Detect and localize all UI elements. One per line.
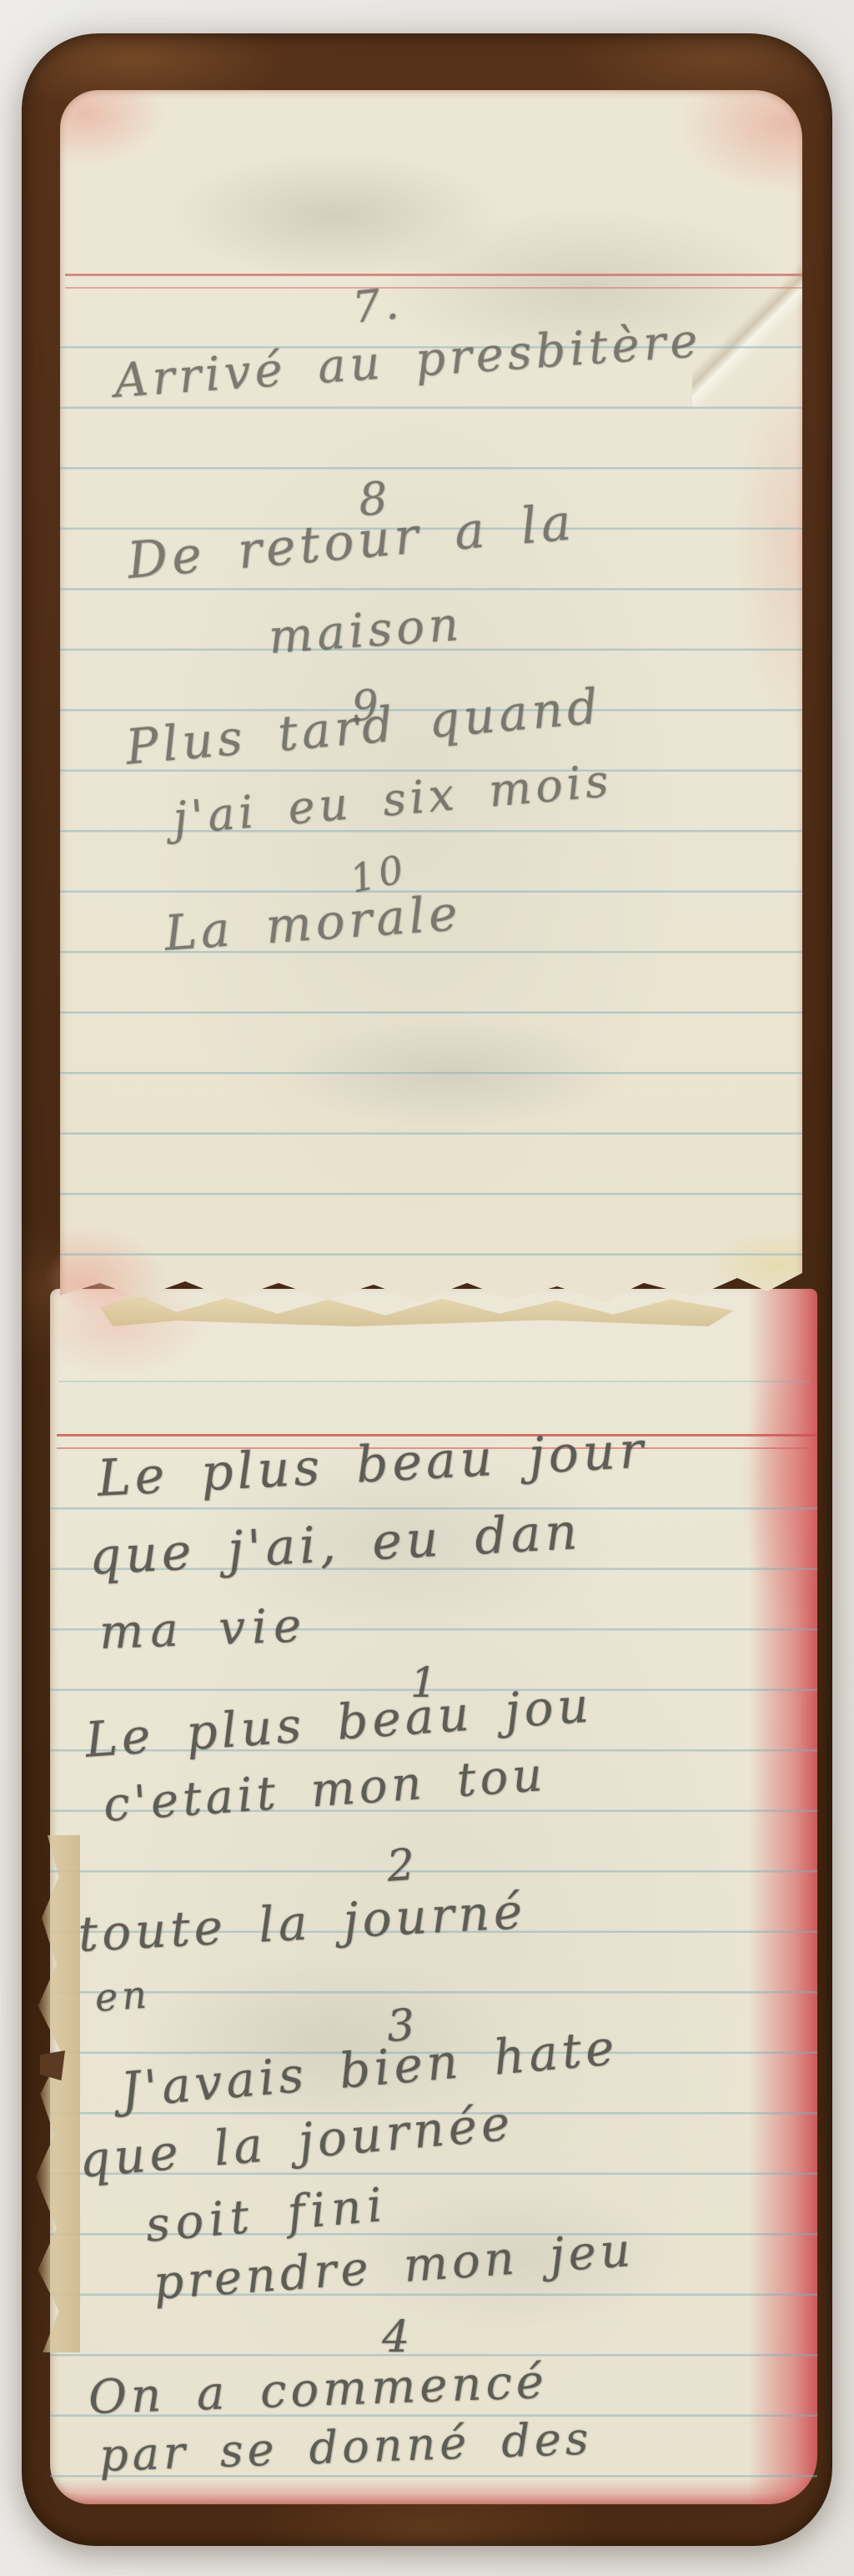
ruled-line-faint	[58, 1381, 809, 1382]
handwriting-line: 4	[382, 2312, 414, 2362]
handwriting-line: ma vie	[98, 1598, 309, 1660]
handwriting-line: en	[93, 1971, 152, 2020]
photo-canvas: 7. Arrivé au presbitère 8 De retour a la…	[0, 0, 854, 2576]
handwriting-line: 7.	[350, 279, 405, 334]
handwriting-line: 2	[385, 1839, 420, 1892]
red-header-line	[65, 274, 802, 276]
